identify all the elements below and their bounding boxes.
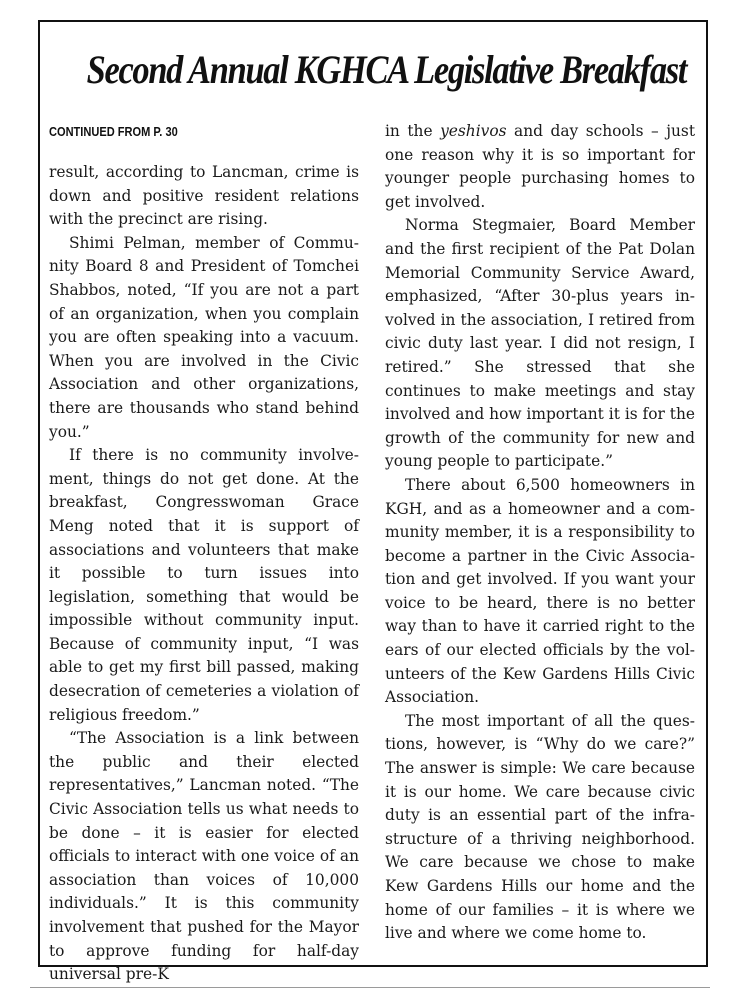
paragraph: in the yeshivos and day schools – just o… xyxy=(385,120,695,214)
article-title: Second Annual KGHCA Legislative Breakfas… xyxy=(87,46,660,93)
continued-from-label: CONTINUED FROM P. 30 xyxy=(49,122,313,158)
paragraph: Norma Stegmaier, Board Member and the fi… xyxy=(385,214,695,474)
paragraph: There about 6,500 homeowners in KGH, and… xyxy=(385,474,695,710)
page-bottom-rule xyxy=(30,987,710,988)
paragraph: result, according to Lancman, crime is d… xyxy=(49,161,359,232)
paragraph: If there is no community involve­ment, t… xyxy=(49,444,359,727)
paragraph: Shimi Pelman, member of Commu­nity Board… xyxy=(49,232,359,444)
left-column: CONTINUED FROM P. 30 result, according t… xyxy=(49,120,359,987)
paragraph: “The Association is a link between the p… xyxy=(49,727,359,987)
italic-term: yeshivos xyxy=(440,122,506,140)
paragraph: The most important of all the ques­tions… xyxy=(385,710,695,946)
text-run: in the xyxy=(385,122,440,140)
right-column: in the yeshivos and day schools – just o… xyxy=(385,120,695,946)
article-frame: Second Annual KGHCA Legislative Breakfas… xyxy=(38,20,708,967)
